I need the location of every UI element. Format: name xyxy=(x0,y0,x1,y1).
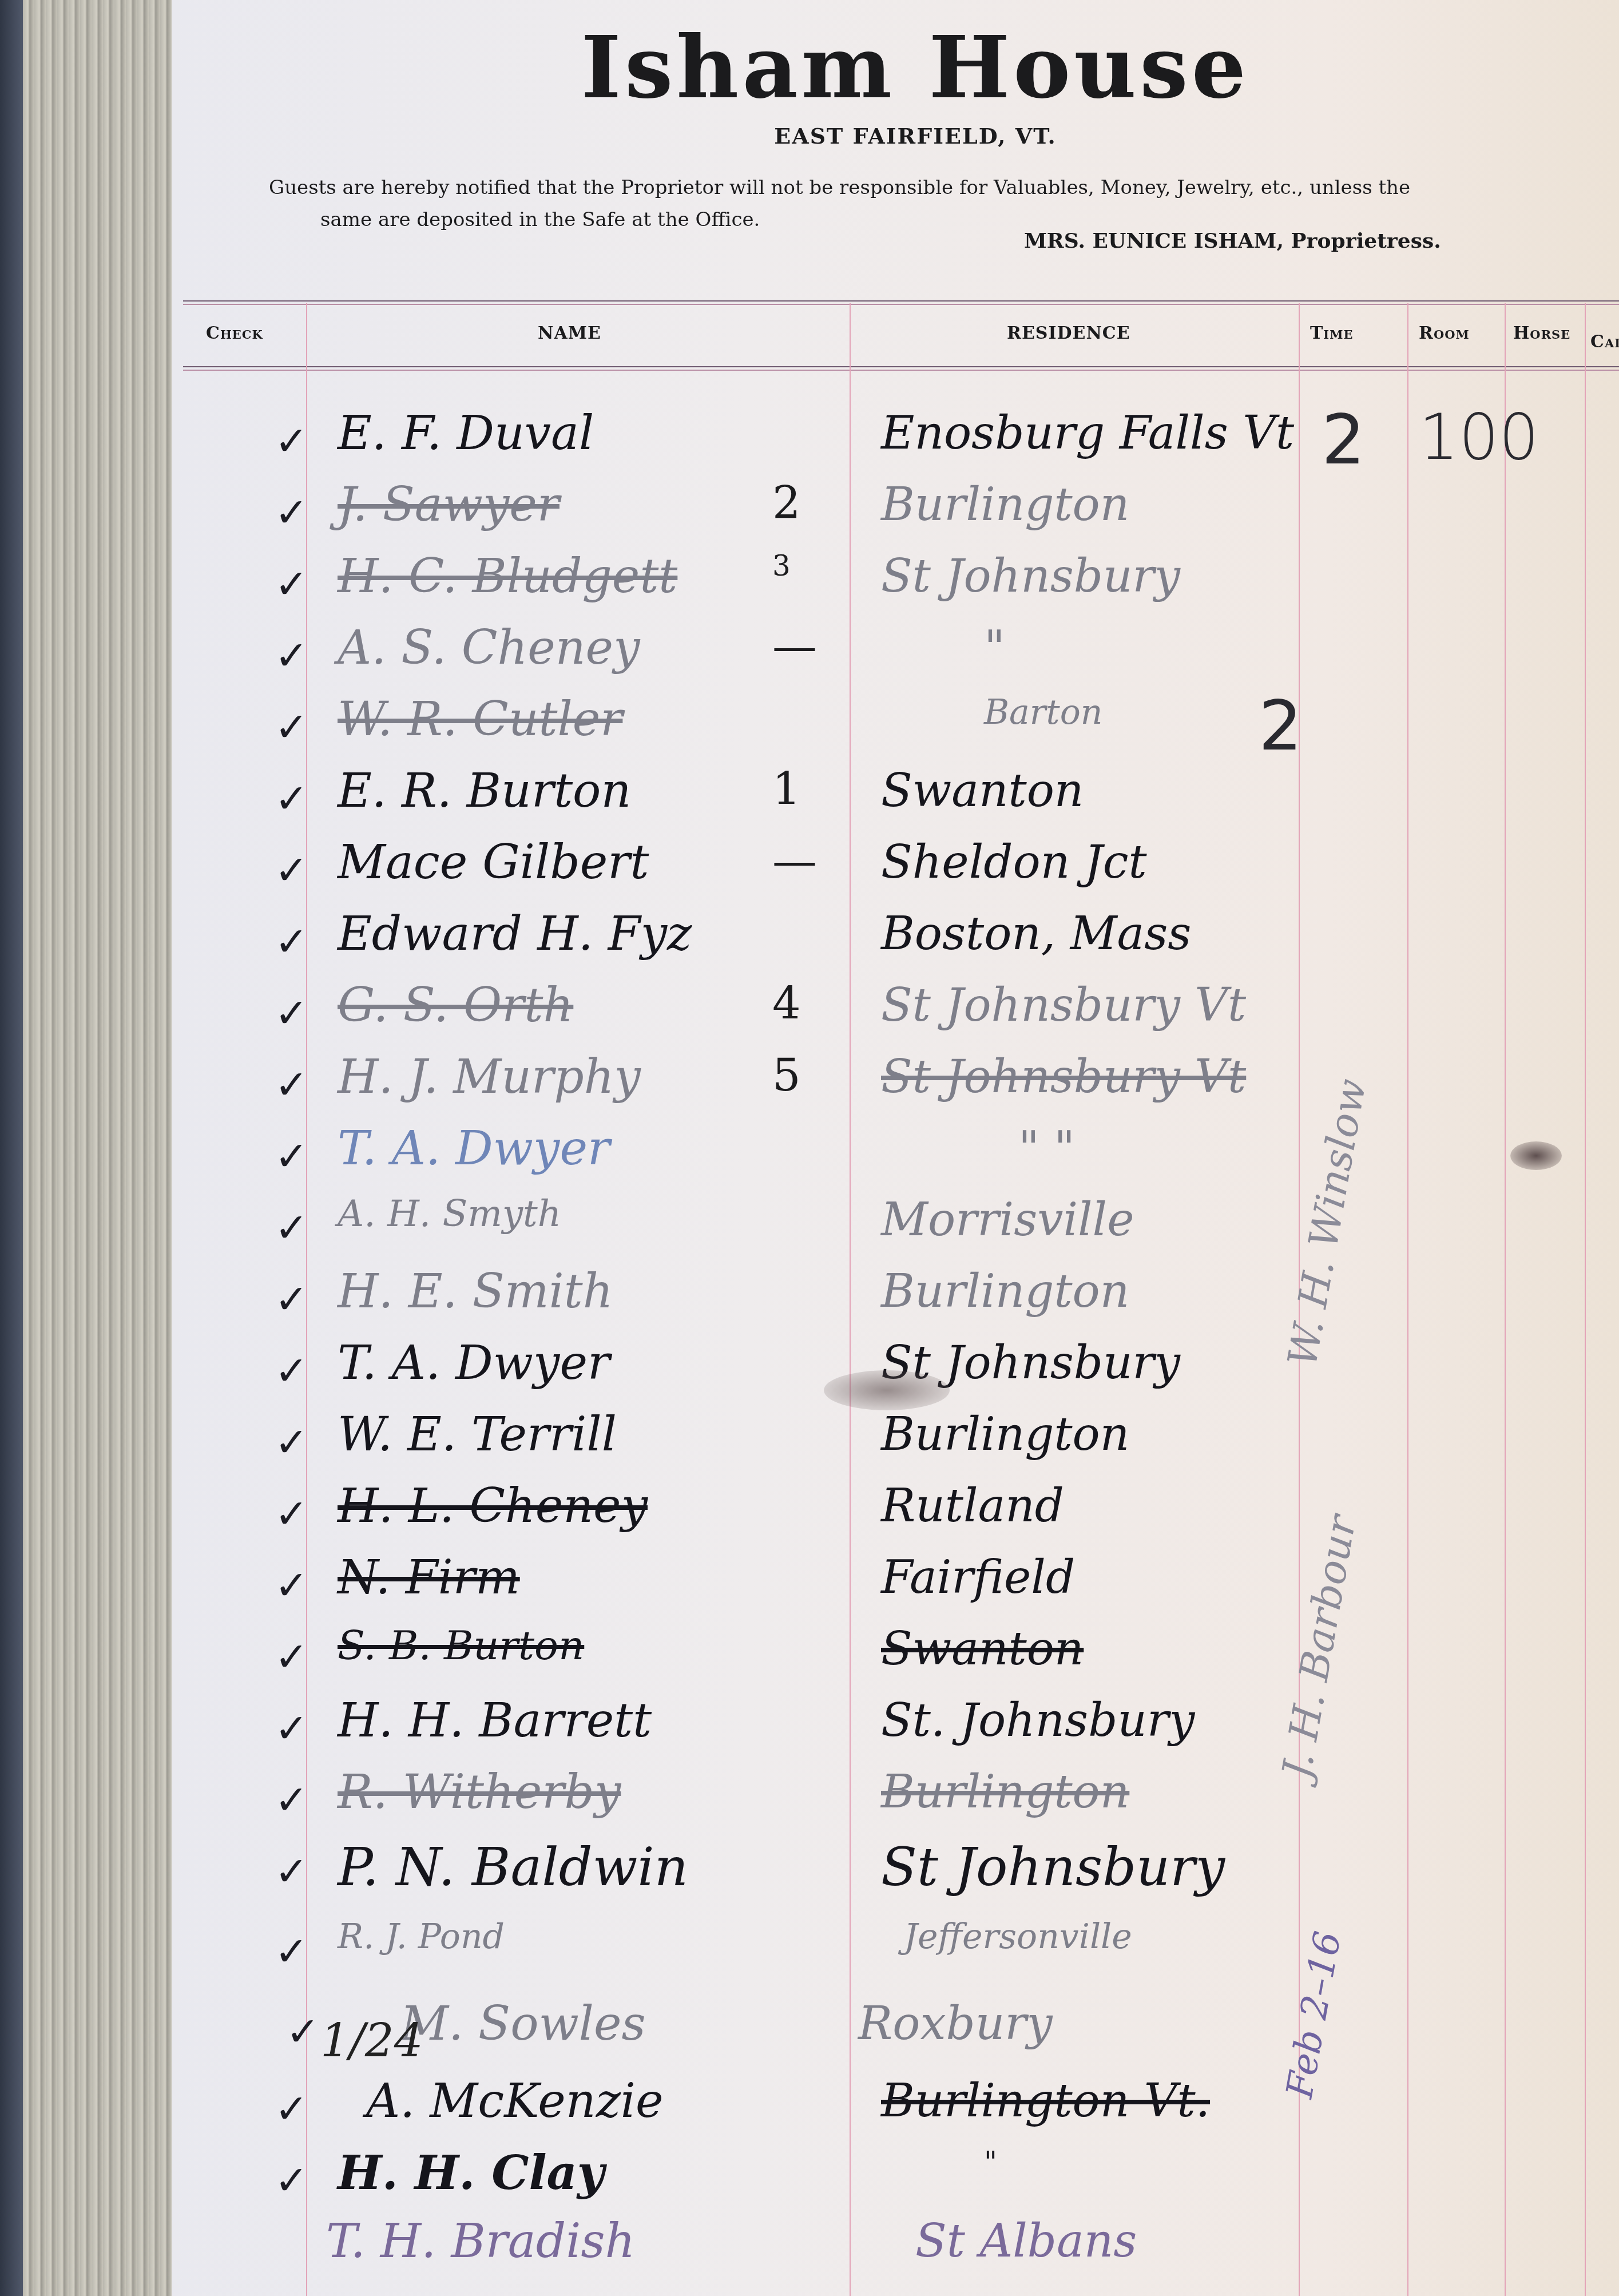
check-mark-icon: ✓ xyxy=(275,1848,308,1895)
guest-residence: Enosburg Falls Vt xyxy=(881,406,1294,459)
guest-name: W. R. Cutler xyxy=(338,692,622,747)
column-header-call: Call xyxy=(1590,332,1619,352)
column-header-residence: RESIDENCE xyxy=(1007,323,1130,343)
check-mark-icon: ✓ xyxy=(275,775,308,822)
guest-residence: Fairfield xyxy=(881,1551,1075,1604)
guest-residence: St Johnsbury xyxy=(881,549,1180,602)
guest-residence: St Albans xyxy=(915,2214,1137,2267)
column-header-horse: Horse xyxy=(1513,323,1570,343)
guest-residence: Rutland xyxy=(881,1479,1064,1532)
register-entry: ✓ E. F. Duval Enosburg Falls Vt 2 100 xyxy=(172,400,1619,472)
guest-name: H. E. Smith xyxy=(338,1264,613,1319)
register-entry: T. H. Bradish St Albans xyxy=(172,2208,1619,2280)
guest-residence: " " xyxy=(1018,1121,1075,1175)
guest-name: T. H. Bradish xyxy=(326,2214,635,2269)
time-value: 2 xyxy=(1322,400,1365,480)
guest-name: H. C. Bludgett xyxy=(338,549,677,604)
header-bottom-rule xyxy=(183,366,1619,371)
register-entry: ✓ T. A. Dwyer " " xyxy=(172,1116,1619,1187)
hotel-location: EAST FAIRFIELD, VT. xyxy=(687,123,1144,149)
hotel-name: Isham House xyxy=(515,17,1316,118)
check-mark-icon: ✓ xyxy=(275,1276,308,1323)
check-mark-icon: ✓ xyxy=(275,704,308,751)
register-entry: ✓ N. Firm Fairfield xyxy=(172,1545,1619,1616)
register-entry: ✓ A. S. Cheney — " xyxy=(172,615,1619,687)
guest-name: A. H. Smyth xyxy=(338,1193,561,1235)
guest-name: J. Sawyer xyxy=(338,478,559,532)
column-header-room: Room xyxy=(1419,323,1470,343)
notice-line-1: Guests are hereby notified that the Prop… xyxy=(269,172,1562,204)
check-mark-icon: ✓ xyxy=(275,489,308,536)
check-mark-icon: ✓ xyxy=(275,1347,308,1394)
guest-name: T. A. Dwyer xyxy=(338,1336,610,1390)
check-mark-icon: ✓ xyxy=(275,1776,308,1823)
check-mark-icon: ✓ xyxy=(275,1061,308,1108)
register-entry: ✓ H. C. Bludgett 3 St Johnsbury xyxy=(172,544,1619,615)
register-entry: ✓ H. J. Murphy 5 St Johnsbury Vt xyxy=(172,1044,1619,1116)
guest-residence: " xyxy=(984,621,1005,674)
guest-name: Edward H. Fyz xyxy=(338,907,692,961)
entry-number: 4 xyxy=(772,978,801,1030)
guest-name: G. S. Orth xyxy=(338,978,573,1033)
check-mark-icon: ✓ xyxy=(275,2085,308,2132)
guest-name: H. H. Barrett xyxy=(338,1694,652,1748)
guest-residence: St. Johnsbury xyxy=(881,1694,1195,1747)
guest-name: A. S. Cheney xyxy=(338,621,640,675)
guest-residence: Swanton xyxy=(881,1622,1084,1675)
register-entry: ✓ H. E. Smith Burlington xyxy=(172,1259,1619,1330)
register-page: Isham House EAST FAIRFIELD, VT. Guests a… xyxy=(172,0,1619,2296)
header-top-rule xyxy=(183,300,1619,305)
register-entry: ✓ Edward H. Fyz Boston, Mass xyxy=(172,901,1619,973)
register-entry: ✓ Mace Gilbert — Sheldon Jct xyxy=(172,830,1619,901)
entry-number: 5 xyxy=(772,1050,801,1101)
check-mark-icon: ✓ xyxy=(275,1633,308,1680)
register-entry: ✓ G. S. Orth 4 St Johnsbury Vt xyxy=(172,973,1619,1044)
guest-residence: Burlington xyxy=(881,478,1129,531)
register-entry: ✓ H. H. Barrett St. Johnsbury xyxy=(172,1688,1619,1759)
check-mark-icon: ✓ xyxy=(275,418,308,465)
register-entry: ✓ W. E. Terrill Burlington xyxy=(172,1402,1619,1473)
register-entry: ✓ A. McKenzie Burlington Vt. xyxy=(172,2068,1619,2140)
register-entry: ✓ S. B. Burton Swanton xyxy=(172,1616,1619,1688)
check-mark-icon: ✓ xyxy=(275,1705,308,1752)
guest-residence: Boston, Mass xyxy=(881,907,1191,960)
check-mark-icon: ✓ xyxy=(275,632,308,679)
guest-residence: Swanton xyxy=(881,764,1084,817)
register-entry: ✓ H. H. Clay " xyxy=(172,2140,1619,2211)
guest-name: N. Firm xyxy=(338,1551,520,1605)
guest-residence: Jeffersonville xyxy=(904,1917,1132,1957)
guest-residence: Sheldon Jct xyxy=(881,835,1147,889)
register-entry: ✓ E. R. Burton 1 Swanton xyxy=(172,758,1619,830)
check-mark-icon: ✓ xyxy=(275,1562,308,1609)
register-entry: ✓ J. Sawyer 2 Burlington xyxy=(172,472,1619,544)
check-mark-icon: ✓ xyxy=(275,1419,308,1466)
guest-residence: Morrisville xyxy=(881,1193,1134,1246)
ink-stain xyxy=(1510,1141,1562,1170)
check-mark-icon: ✓ xyxy=(275,1490,308,1537)
register-entry: ✓ W. R. Cutler Barton 2 xyxy=(172,687,1619,758)
check-mark-icon: ✓ xyxy=(275,1133,308,1180)
time-value: 2 xyxy=(1259,687,1302,766)
entry-number: 1 xyxy=(772,764,801,815)
ink-smudge xyxy=(824,1370,950,1410)
guest-residence: Burlington xyxy=(881,1765,1129,1818)
register-entry: ✓ R. Witherby Burlington xyxy=(172,1759,1619,1831)
guest-name: P. N. Baldwin xyxy=(338,1837,688,1898)
guest-residence: St Johnsbury Vt xyxy=(881,1050,1246,1103)
register-entry: ✓ R. J. Pond Jeffersonville xyxy=(172,1911,1619,1982)
check-mark-icon: ✓ xyxy=(275,918,308,965)
guest-name: H. H. Clay xyxy=(338,2146,604,2200)
guest-residence: Roxbury xyxy=(858,1997,1053,2050)
column-header-name: NAME xyxy=(538,323,601,343)
guest-name: H. J. Murphy xyxy=(338,1050,641,1104)
guest-name: M. Sowles xyxy=(400,1997,646,2051)
check-mark-icon: ✓ xyxy=(275,2157,308,2204)
guest-residence: Burlington xyxy=(881,1264,1129,1318)
guest-name: Mace Gilbert xyxy=(338,835,649,890)
register-entry: ✓ A. H. Smyth Morrisville xyxy=(172,1187,1619,1259)
guest-name: R. Witherby xyxy=(338,1765,621,1819)
margin-date-note: 1/24 xyxy=(320,2014,423,2067)
guest-name: W. E. Terrill xyxy=(338,1407,617,1462)
check-mark-icon: ✓ xyxy=(275,1928,308,1975)
guest-name: E. F. Duval xyxy=(338,406,594,461)
guest-name: A. McKenzie xyxy=(366,2074,664,2128)
guest-name: S. B. Burton xyxy=(338,1622,584,1669)
entry-number: — xyxy=(772,835,817,887)
room-value: 100 xyxy=(1419,400,1539,474)
entry-number: — xyxy=(772,621,817,672)
book-page-edges xyxy=(0,0,173,2296)
guest-name: T. A. Dwyer xyxy=(338,1121,610,1176)
guest-residence: St Johnsbury Vt xyxy=(881,978,1246,1032)
guest-name: E. R. Burton xyxy=(338,764,631,818)
register-entry: ✓ H. L. Cheney Rutland xyxy=(172,1473,1619,1545)
proprietress: MRS. EUNICE ISHAM, Proprietress. xyxy=(1024,229,1441,253)
guest-residence: St Johnsbury xyxy=(881,1837,1225,1898)
check-mark-icon: ✓ xyxy=(275,847,308,894)
column-header-time: Time xyxy=(1310,323,1353,343)
guest-residence: " xyxy=(984,2146,997,2179)
check-mark-icon: ✓ xyxy=(275,561,308,608)
guest-residence: Burlington xyxy=(881,1407,1129,1461)
entry-number: 3 xyxy=(772,549,791,582)
column-header-check: Check xyxy=(206,323,263,343)
guest-name: H. L. Cheney xyxy=(338,1479,648,1533)
check-mark-icon: ✓ xyxy=(275,1204,308,1251)
check-mark-icon: ✓ xyxy=(286,2008,320,2055)
register-entry: ✓ P. N. Baldwin St Johnsbury xyxy=(172,1831,1619,1902)
check-mark-icon: ✓ xyxy=(275,990,308,1037)
entry-number: 2 xyxy=(772,478,801,529)
guest-residence: Burlington Vt. xyxy=(881,2074,1210,2127)
guest-residence: Barton xyxy=(984,692,1102,732)
guest-name: R. J. Pond xyxy=(338,1917,505,1957)
liability-notice: Guests are hereby notified that the Prop… xyxy=(269,172,1562,236)
